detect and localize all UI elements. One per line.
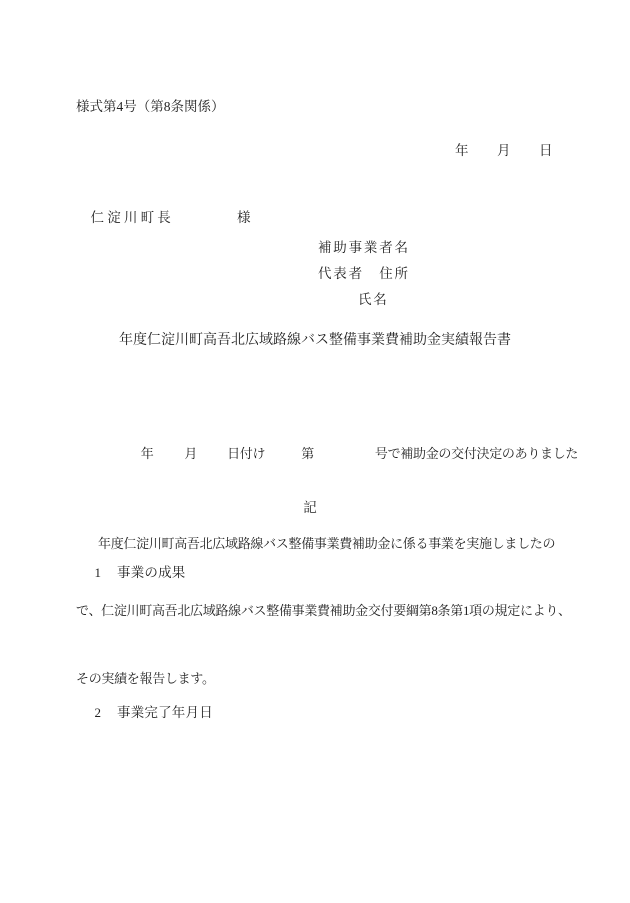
list-item-2: 2事業完了年月日 <box>81 687 213 738</box>
item-2-number: 2 <box>95 704 102 721</box>
document-page: 様式第4号（第8条関係） 年 月 日 仁淀川町長様 補助事業者名 代表者 住所 … <box>0 0 630 903</box>
applicant-name-label: 補助事業者名 <box>318 239 410 256</box>
addressee-line: 仁淀川町長様 <box>77 192 251 243</box>
document-number-prefix: 第 <box>301 443 314 466</box>
item-1-number: 1 <box>95 564 102 581</box>
addressee-name: 仁淀川町長 <box>91 210 175 225</box>
fill-in-month-label: 月 <box>184 443 197 466</box>
form-number: 様式第4号（第8条関係） <box>76 98 225 115</box>
list-item-1: 1事業の成果 <box>81 547 186 598</box>
representative-name-label: 氏名 <box>358 291 389 308</box>
fill-in-year-label: 年 <box>141 443 154 466</box>
fill-in-day-label: 日付け <box>227 443 265 466</box>
item-1-label: 事業の成果 <box>117 564 186 581</box>
document-title: 年度仁淀川町高吾北広域路線バス整備事業費補助金実績報告書 <box>0 332 630 349</box>
representative-address-label: 代表者 住所 <box>318 265 410 282</box>
record-marker: 記 <box>0 499 620 516</box>
paragraph-line-1-text: 号で補助金の交付決定のありました <box>375 443 578 466</box>
paragraph-line-3: で、仁淀川町高吾北広域路線バス整備事業費補助金交付要綱第8条第1項の規定により、 <box>76 600 562 623</box>
date-fill-in-line: 年 月 日 <box>455 142 553 159</box>
item-2-label: 事業完了年月日 <box>117 704 213 721</box>
paragraph-line-1: 年月日付け第号で補助金の交付決定のありました <box>76 420 562 488</box>
addressee-honorific: 様 <box>237 210 251 225</box>
